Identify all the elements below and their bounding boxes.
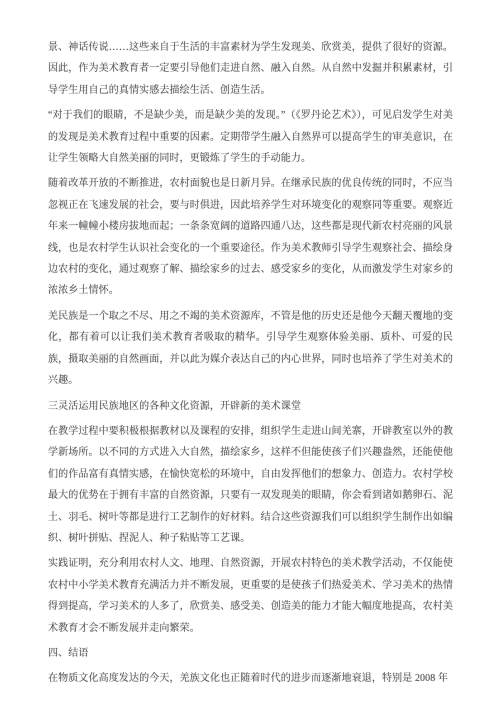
paragraph: 随着改革开放的不断推进，农村面貌也是日新月异。在继承民族的优良传统的同时，不应当… bbox=[48, 173, 453, 301]
paragraph: 实践证明，充分利用农村人文、地理、自然资源，开展农村特色的美术教学活动，不仅能使… bbox=[48, 553, 453, 639]
section-heading: 三灵活运用民族地区的各种文化资源，开辟新的美术课堂 bbox=[48, 396, 453, 417]
paragraph: 在教学过程中要积极根据教材以及课程的安排，组织学生走进山间羌寨，开辟教室以外的教… bbox=[48, 421, 453, 549]
article-text-column: 景、神话传说……这些来自于生活的丰富素材为学生发现美、欣赏美，提供了很好的资源。… bbox=[48, 37, 453, 694]
paragraph: 羌民族是一个取之不尽、用之不竭的美术资源库，不管是他的历史还是他今天翻天覆地的变… bbox=[48, 306, 453, 392]
paragraph: 在物质文化高度发达的今天，羌族文化也正随着时代的进步而逐渐地衰退，特别是 200… bbox=[48, 668, 453, 689]
paragraph: “对于我们的眼睛，不是缺少美，而是缺少美的发现。”（《罗丹论艺术》），可见启发学… bbox=[48, 105, 453, 169]
document-page: 景、神话传说……这些来自于生活的丰富素材为学生发现美、欣赏美，提供了很好的资源。… bbox=[0, 0, 500, 707]
paragraph: 景、神话传说……这些来自于生活的丰富素材为学生发现美、欣赏美，提供了很好的资源。… bbox=[48, 37, 453, 101]
section-heading: 四、结语 bbox=[48, 643, 453, 664]
